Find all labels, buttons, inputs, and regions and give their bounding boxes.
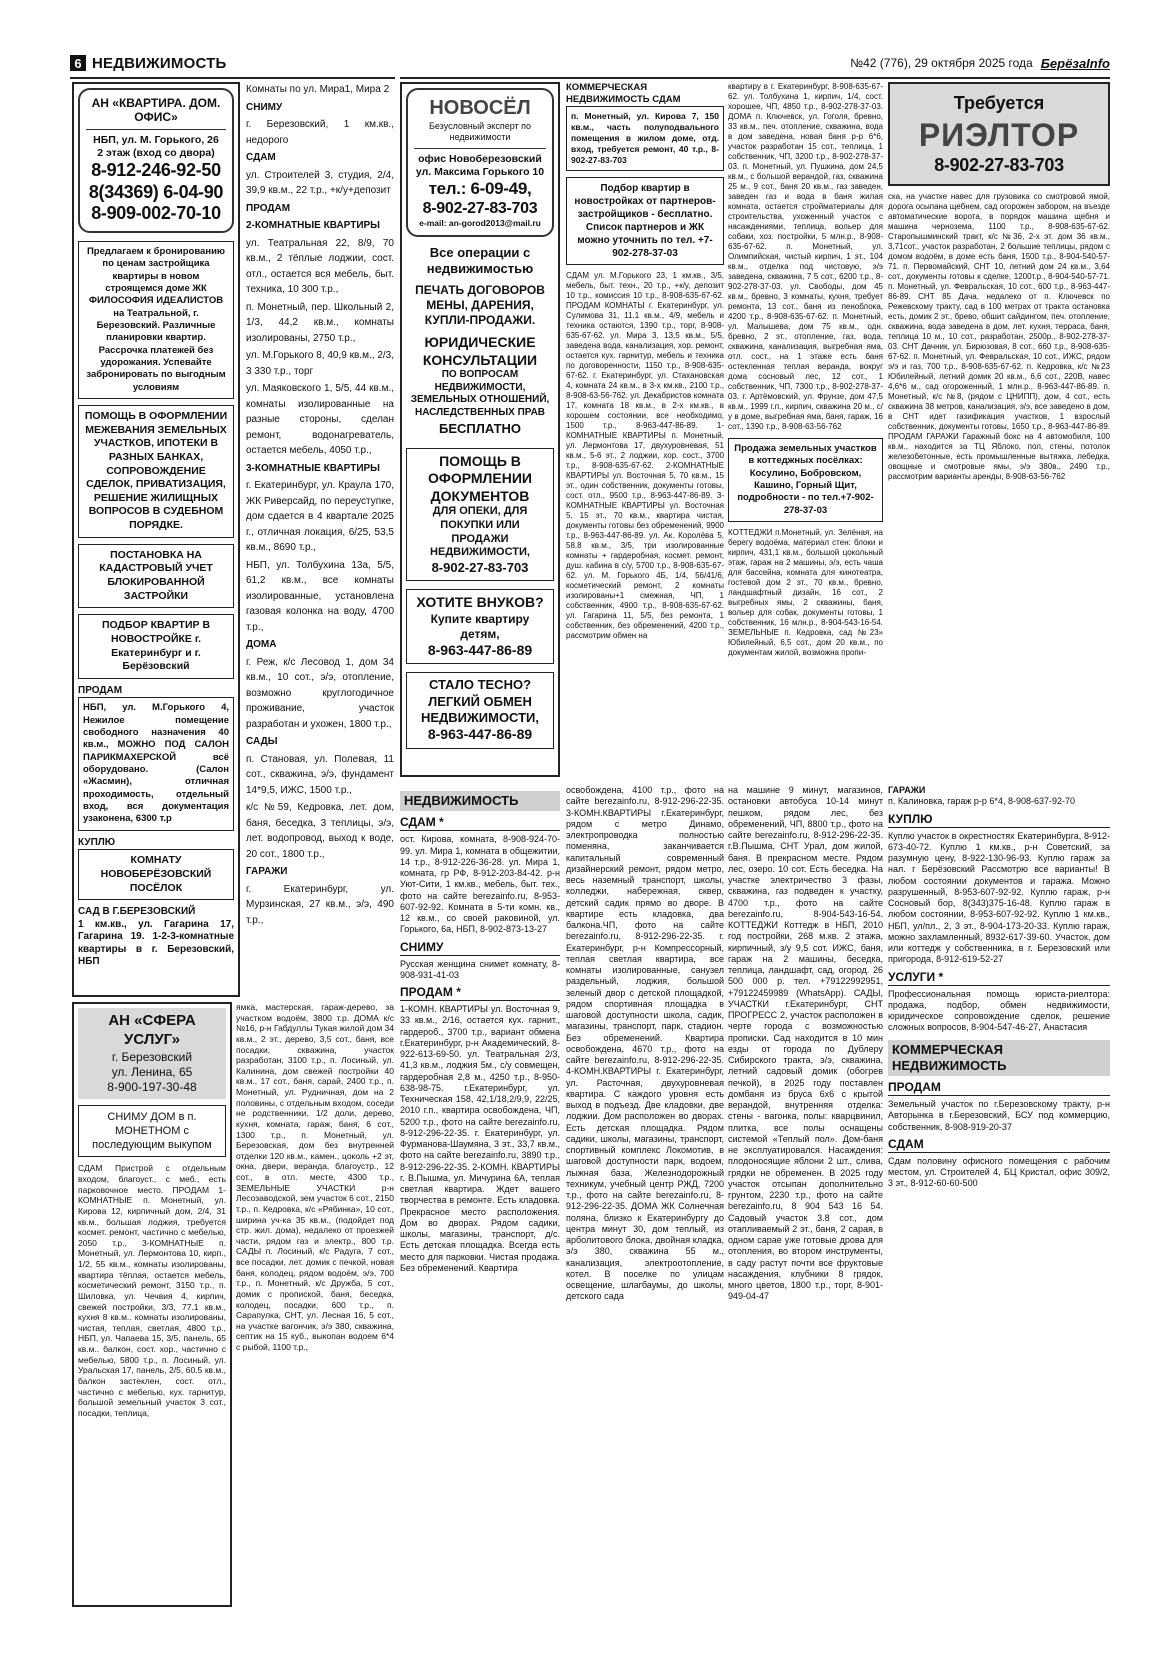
listing: п. Монетный, пер. Школьный 2, 1/3, 44,2 …	[246, 300, 394, 347]
commercial-column: КОММЕРЧЕСКАЯ НЕДВИЖИМОСТЬ СДАМ п. Монетн…	[566, 82, 724, 777]
snimu-listings: Русская женщина снимет комнату, 8-908-93…	[400, 959, 560, 982]
subhead: ДОМА	[246, 637, 394, 653]
snimu-head: СНИМУ	[400, 940, 560, 956]
tesno-phone: 8-963-447-86-89	[411, 726, 549, 744]
sad-head: САД В Г.БЕРЕЗОВСКИЙ	[78, 906, 234, 919]
commercial-box-2: Подбор квартир в новостройках от партнер…	[566, 177, 724, 265]
novosel-office: офис Новоберезовский ул. Максима Горьког…	[414, 153, 546, 179]
prodam-head: ПРОДАМ *	[400, 985, 560, 1001]
houses-listings: квартиру в г. Екатеринбург, 8-908-635-67…	[728, 82, 883, 432]
box-pomosch: ПОМОЩЬ В ОФОРМЛЕНИИ МЕЖЕВАНИЯ ЗЕМЕЛЬНЫХ …	[78, 405, 234, 538]
plots-box: Продажа земельных участков в коттеджных …	[728, 438, 883, 522]
docs-title: ПОМОЩЬ В ОФОРМЛЕНИИ ДОКУМЕНТОВ	[411, 453, 549, 506]
sfera-listings-2: ямка, мастерская, гараж-дерево, за участ…	[236, 1002, 394, 1353]
vnukov-phone: 8-963-447-86-89	[411, 642, 549, 660]
commercial-listings: СДАМ ул. М.Горького 23, 1 км.кв., 3/5, м…	[566, 271, 724, 641]
ad-kvartira-floor: 2 этаж (вход со двора)	[86, 147, 226, 160]
phone-3: 8-909-002-70-10	[86, 203, 226, 225]
classifieds-col-3: на машине 9 минут, магазинов, остановки …	[728, 785, 883, 1610]
ad-rieltor: Требуется РИЭЛТОР 8-902-27-83-703	[888, 82, 1110, 186]
sfera-address: ул. Ленина, 65	[82, 1065, 222, 1080]
commercial-head: КОММЕРЧЕСКАЯ НЕДВИЖИМОСТЬ СДАМ	[566, 82, 724, 106]
listing: г. Екатеринбург, ул. Мурзинская, 27 кв.м…	[246, 882, 394, 929]
subhead: САДЫ	[246, 734, 394, 750]
left-ad-column: АН «КВАРТИРА. ДОМ. ОФИС» НБП, ул. М. Гор…	[72, 82, 240, 997]
subhead: ГАРАЖИ	[246, 864, 394, 880]
listing: п. Становая, ул. Полевая, 11 сот., скваж…	[246, 752, 394, 799]
commercial-box-1: п. Монетный, ул. Кирова 7, 150 кв.м., ча…	[566, 106, 724, 171]
novosel-brand: НОВОСЁЛ	[414, 96, 546, 121]
rieltor-phone: 8-902-27-83-703	[894, 155, 1104, 177]
novosel-email: e-mail: an-gorod2013@mail.ru	[414, 218, 546, 229]
listing: ул. Строителей 3, студия, 2/4, 39,9 кв.м…	[246, 168, 394, 199]
listing: г. Березовский, 1 км.кв., недорого	[246, 117, 394, 148]
kommerch-header: КОММЕРЧЕСКАЯ НЕДВИЖИМОСТЬ	[888, 1040, 1110, 1077]
novosel-ops: Все операции с недвижимостью	[406, 245, 554, 278]
prodam-listing: НБП, ул. М.Горького 4, Нежилое помещение…	[78, 697, 234, 830]
phone-2: 8(34369) 6-04-90	[86, 182, 226, 204]
tesno-title: СТАЛО ТЕСНО? ЛЕГКИЙ ОБМЕН НЕДВИЖИМОСТИ,	[411, 677, 549, 726]
right-listings: ска, на участке навес для грузовика со с…	[888, 192, 1110, 482]
cottages-listings: КОТТЕДЖИ п.Монетный, ул. Зелёная, на бер…	[728, 528, 883, 658]
issue-info: №42 (776), 29 октября 2025 года	[850, 56, 1032, 70]
listings-column-2: Комнаты по ул. Мира1, Мира 2 СНИМУ г. Бе…	[246, 82, 394, 994]
ad-tesno: СТАЛО ТЕСНО? ЛЕГКИЙ ОБМЕН НЕДВИЖИМОСТИ, …	[406, 672, 554, 748]
novosel-legal: ЮРИДИЧЕСКИЕ КОНСУЛЬТАЦИИ	[406, 334, 554, 369]
sfera-column: АН «СФЕРА УСЛУГ» г. Березовский ул. Лени…	[72, 1002, 232, 1607]
ad-sfera: АН «СФЕРА УСЛУГ» г. Березовский ул. Лени…	[78, 1008, 226, 1099]
k-prodam-head: ПРОДАМ	[888, 1080, 1110, 1096]
listing: ул. М.Горького 8, 40,9 кв.м., 2/3, 3 330…	[246, 348, 394, 379]
novosel-phone1: тел.: 6-09-49,	[414, 179, 546, 199]
box-kadastr: ПОСТАНОВКА НА КАДАСТРОВЫЙ УЧЕТ БЛОКИРОВА…	[78, 544, 234, 609]
sfera-city: г. Березовский	[82, 1050, 222, 1065]
rieltor-line2: РИЭЛТОР	[894, 115, 1104, 155]
box-bronirovanie: Предлагаем к бронированию по ценам застр…	[78, 241, 234, 399]
docs-phone: 8-902-27-83-703	[411, 560, 549, 576]
kuplu-listings: Куплю участок в окрестностях Екатеринбур…	[888, 831, 1110, 966]
novosel-column: НОВОСЁЛ Безусловный эксперт по недвижимо…	[400, 82, 560, 777]
garazhi-listings: п. Калиновка, гараж р-р 6*4, 8-908-637-9…	[888, 796, 1110, 807]
ad-novosel: НОВОСЁЛ Безусловный эксперт по недвижимо…	[406, 88, 554, 237]
header-rule-left	[70, 77, 395, 79]
listing: к/с №59, Кедровка, лет. дом, баня, бесед…	[246, 800, 394, 862]
listing: НБП, ул. Толбухина 13а, 5/5, 61,2 кв.м.,…	[246, 558, 394, 636]
sfera-listings: СДАМ Пристрой с отдельным входом, благоу…	[78, 1163, 226, 1418]
subhead: 2-КОМНАТНЫЕ КВАРТИРЫ	[246, 218, 394, 234]
ad-kvartira-address: НБП, ул. М. Горького, 26	[86, 134, 226, 147]
page-number: 6	[70, 55, 86, 71]
kuplu-listing: КОМНАТУ НОВОБЕРЁЗОВСКИЙ ПОСЁЛОК	[78, 849, 234, 900]
header-rule-right	[400, 77, 1110, 79]
snimu-dom-box: СНИМУ ДОМ в п. МОНЕТНОМ с последующим вы…	[78, 1105, 226, 1158]
ad-docs: ПОМОЩЬ В ОФОРМЛЕНИИ ДОКУМЕНТОВ ДЛЯ ОПЕКИ…	[406, 448, 554, 582]
listing: г. Реж, к/с Лесовод 1, дом 34 кв.м., 10 …	[246, 655, 394, 733]
novosel-phone2: 8-902-27-83-703	[414, 199, 546, 218]
brand-logo: БерёзаInfo	[1041, 56, 1110, 71]
listing: ул. Маяковского 1, 5/5, 44 кв.м., комнат…	[246, 381, 394, 459]
section-title: НЕДВИЖИМОСТЬ	[92, 55, 226, 72]
novosel-free: БЕСПЛАТНО	[406, 421, 554, 437]
rieltor-line1: Требуется	[894, 92, 1104, 115]
listing: г. Екатеринбург, ул. Краула 170, ЖК Риве…	[246, 478, 394, 556]
nedv-header: НЕДВИЖИМОСТЬ	[400, 791, 560, 811]
classifieds-col-2: освобождена, 4100 т.р., фото на сайте be…	[566, 785, 724, 1610]
sfera-phone: 8-900-197-30-48	[82, 1080, 222, 1095]
prodam-head: ПРОДАМ	[78, 685, 234, 698]
page-header: 6 НЕДВИЖИМОСТЬ №42 (776), 29 октября 202…	[70, 52, 1110, 74]
docs-sub: ДЛЯ ОПЕКИ, ДЛЯ ПОКУПКИ ИЛИ ПРОДАЖИ НЕДВИ…	[411, 505, 549, 560]
ad-kvartira-name: АН «КВАРТИРА. ДОМ. ОФИС»	[86, 96, 226, 125]
kuplu-head: КУПЛЮ	[78, 837, 234, 850]
subhead: СНИМУ	[246, 100, 394, 116]
vnukov-sub: Купите квартиру детям,	[411, 612, 549, 642]
classifieds-col-4: ГАРАЖИ п. Калиновка, гараж р-р 6*4, 8-90…	[888, 785, 1110, 1610]
garazhi-head: ГАРАЖИ	[888, 785, 1110, 796]
listing: Комнаты по ул. Мира1, Мира 2	[246, 82, 394, 98]
uslugi-head: УСЛУГИ *	[888, 970, 1110, 986]
k-sdam-head: СДАМ	[888, 1137, 1110, 1153]
listing: ул. Театральная 22, 8/9, 70 кв.м., 2 тёп…	[246, 236, 394, 298]
novosel-print: ПЕЧАТЬ ДОГОВОРОВ МЕНЫ, ДАРЕНИЯ, КУПЛИ-ПР…	[406, 283, 554, 328]
sfera-column-2: ямка, мастерская, гараж-дерево, за участ…	[236, 1002, 394, 1607]
ad-kvartira: АН «КВАРТИРА. ДОМ. ОФИС» НБП, ул. М. Гор…	[78, 88, 234, 233]
prodam-listings: 1-КОМН. КВАРТИРЫ ул. Восточная 9, 33 кв.…	[400, 1004, 560, 1274]
k-prodam-listings: Земельный участок по г.Березовскому трак…	[888, 1099, 1110, 1133]
houses-column: квартиру в г. Екатеринбург, 8-908-635-67…	[728, 82, 883, 777]
classifieds-col-1: НЕДВИЖИМОСТЬ СДАМ * ост. Кирова, комната…	[400, 785, 560, 1610]
subhead: СДАМ	[246, 150, 394, 166]
sfera-name: АН «СФЕРА УСЛУГ»	[82, 1012, 222, 1050]
phone-1: 8-912-246-92-50	[86, 160, 226, 182]
vnukov-title: ХОТИТЕ ВНУКОВ?	[411, 594, 549, 612]
k-sdam-listings: Сдам половину офисного помещения с рабоч…	[888, 1156, 1110, 1190]
box-podbor: ПОДБОР КВАРТИР В НОВОСТРОЙКЕ г. Екатерин…	[78, 614, 234, 679]
houses-listings-2: на машине 9 минут, магазинов, остановки …	[728, 785, 883, 1303]
sdam-listings: ост. Кирова, комната, 8-908-924-70-99. у…	[400, 834, 560, 935]
kuplu-head: КУПЛЮ	[888, 812, 1110, 828]
sad-listing: 1 км.кв., ул. Гагарина 17, Гагарина 19. …	[78, 919, 234, 969]
novosel-legal-sub: ПО ВОПРОСАМ НЕДВИЖИМОСТИ, ЗЕМЕЛЬНЫХ ОТНО…	[406, 369, 554, 419]
apartments-listings: освобождена, 4100 т.р., фото на сайте be…	[566, 785, 724, 1303]
ad-vnukov: ХОТИТЕ ВНУКОВ? Купите квартиру детям, 8-…	[406, 589, 554, 664]
right-column: Требуется РИЭЛТОР 8-902-27-83-703 ска, н…	[888, 82, 1110, 777]
novosel-tagline: Безусловный эксперт по недвижимости	[414, 121, 546, 144]
sdam-head: СДАМ *	[400, 815, 560, 831]
subhead: 3-КОМНАТНЫЕ КВАРТИРЫ	[246, 461, 394, 477]
subhead: ПРОДАМ	[246, 201, 394, 217]
uslugi-listings: Профессиональная помощь юриста-риелтора:…	[888, 989, 1110, 1034]
